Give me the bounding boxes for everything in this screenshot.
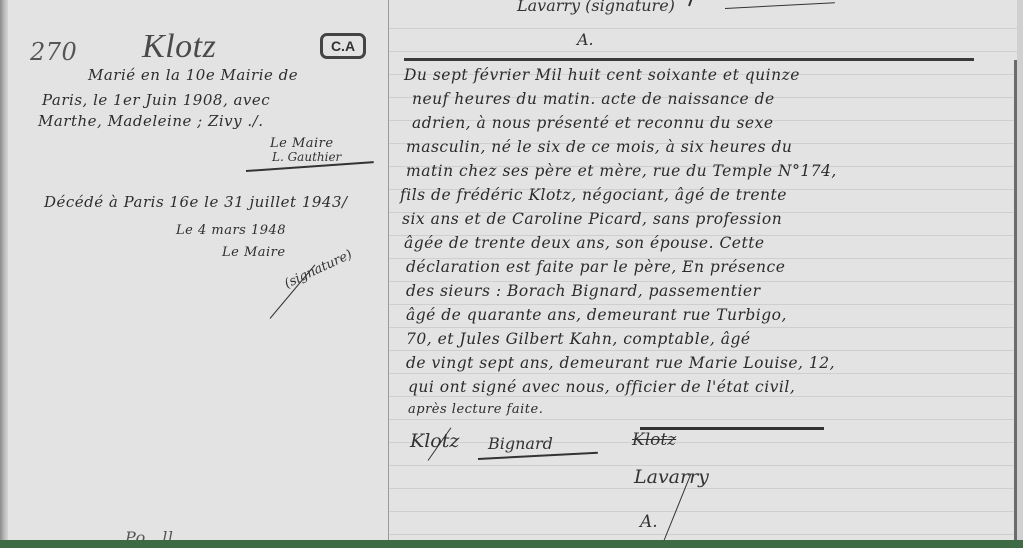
left-register-page: 270 Klotz C.A Marié en la 10e Mairie de … <box>0 0 389 540</box>
act-line: de vingt sept ans, demeurant rue Marie L… <box>406 354 835 372</box>
death-note-mayor: Le Maire <box>222 245 286 260</box>
act-line: après lecture faite. <box>408 402 543 417</box>
marriage-note-line: Paris, le 1er Juin 1908, avec <box>42 91 270 109</box>
marriage-note-mayor: Le Maire <box>270 136 334 151</box>
act-line: déclaration est faite par le père, En pr… <box>406 258 785 276</box>
act-line: six ans et de Caroline Picard, sans prof… <box>402 210 782 228</box>
previous-officer-initials: A. <box>577 30 594 49</box>
act-line: masculin, né le six de ce mois, à six he… <box>406 138 792 156</box>
act-line: neuf heures du matin. acte de naissance … <box>412 90 775 108</box>
record-number: 270 <box>30 38 77 66</box>
margin-surname: Klotz <box>142 28 216 66</box>
birth-act-text: Du sept février Mil huit cent soixante e… <box>404 62 984 442</box>
act-line: 70, et Jules Gilbert Kahn, comptable, âg… <box>406 330 751 348</box>
previous-officer-signature: Lavarry (signature) <box>517 0 675 15</box>
witness-signature-bignard: Bignard <box>488 434 553 453</box>
death-note-line: Décédé à Paris 16e le 31 juillet 1943/ <box>44 193 348 211</box>
officer-initials: A. <box>640 512 658 532</box>
witness-signature-klotz: Klotz <box>632 430 676 450</box>
signature-flourish <box>725 2 835 9</box>
act-line: âgée de trente deux ans, son épouse. Cet… <box>404 234 765 252</box>
act-line: âgé de quarante ans, demeurant rue Turbi… <box>406 306 787 324</box>
act-line: des sieurs : Borach Bignard, passementie… <box>406 282 761 300</box>
marriage-note-line: Marié en la 10e Mairie de <box>88 66 298 84</box>
death-mayor-signature: (signature) <box>282 247 354 291</box>
viewer-footer-bar <box>0 540 1023 548</box>
marriage-note-line: Marthe, Madeleine ; Zivy ./. <box>38 112 263 130</box>
act-line: qui ont signé avec nous, officier de l'é… <box>408 378 795 396</box>
act-line: fils de frédéric Klotz, négociant, âgé d… <box>400 186 787 204</box>
ca-stamp: C.A <box>320 33 366 59</box>
act-separator-rule <box>404 58 974 61</box>
death-note-date: Le 4 mars 1948 <box>176 223 286 238</box>
act-line: adrien, à nous présenté et reconnu du se… <box>412 114 774 132</box>
officer-signature: Lavarry <box>634 466 709 488</box>
marriage-mayor-signature: L. Gauthier <box>272 150 341 164</box>
page-right-edge <box>1014 60 1017 540</box>
act-line: matin chez ses père et mère, rue du Temp… <box>406 162 837 180</box>
act-line: Du sept février Mil huit cent soixante e… <box>404 66 800 84</box>
signature-stroke <box>688 0 696 6</box>
page-edge-shadow <box>1017 0 1023 540</box>
page-binding-edge <box>0 0 8 540</box>
